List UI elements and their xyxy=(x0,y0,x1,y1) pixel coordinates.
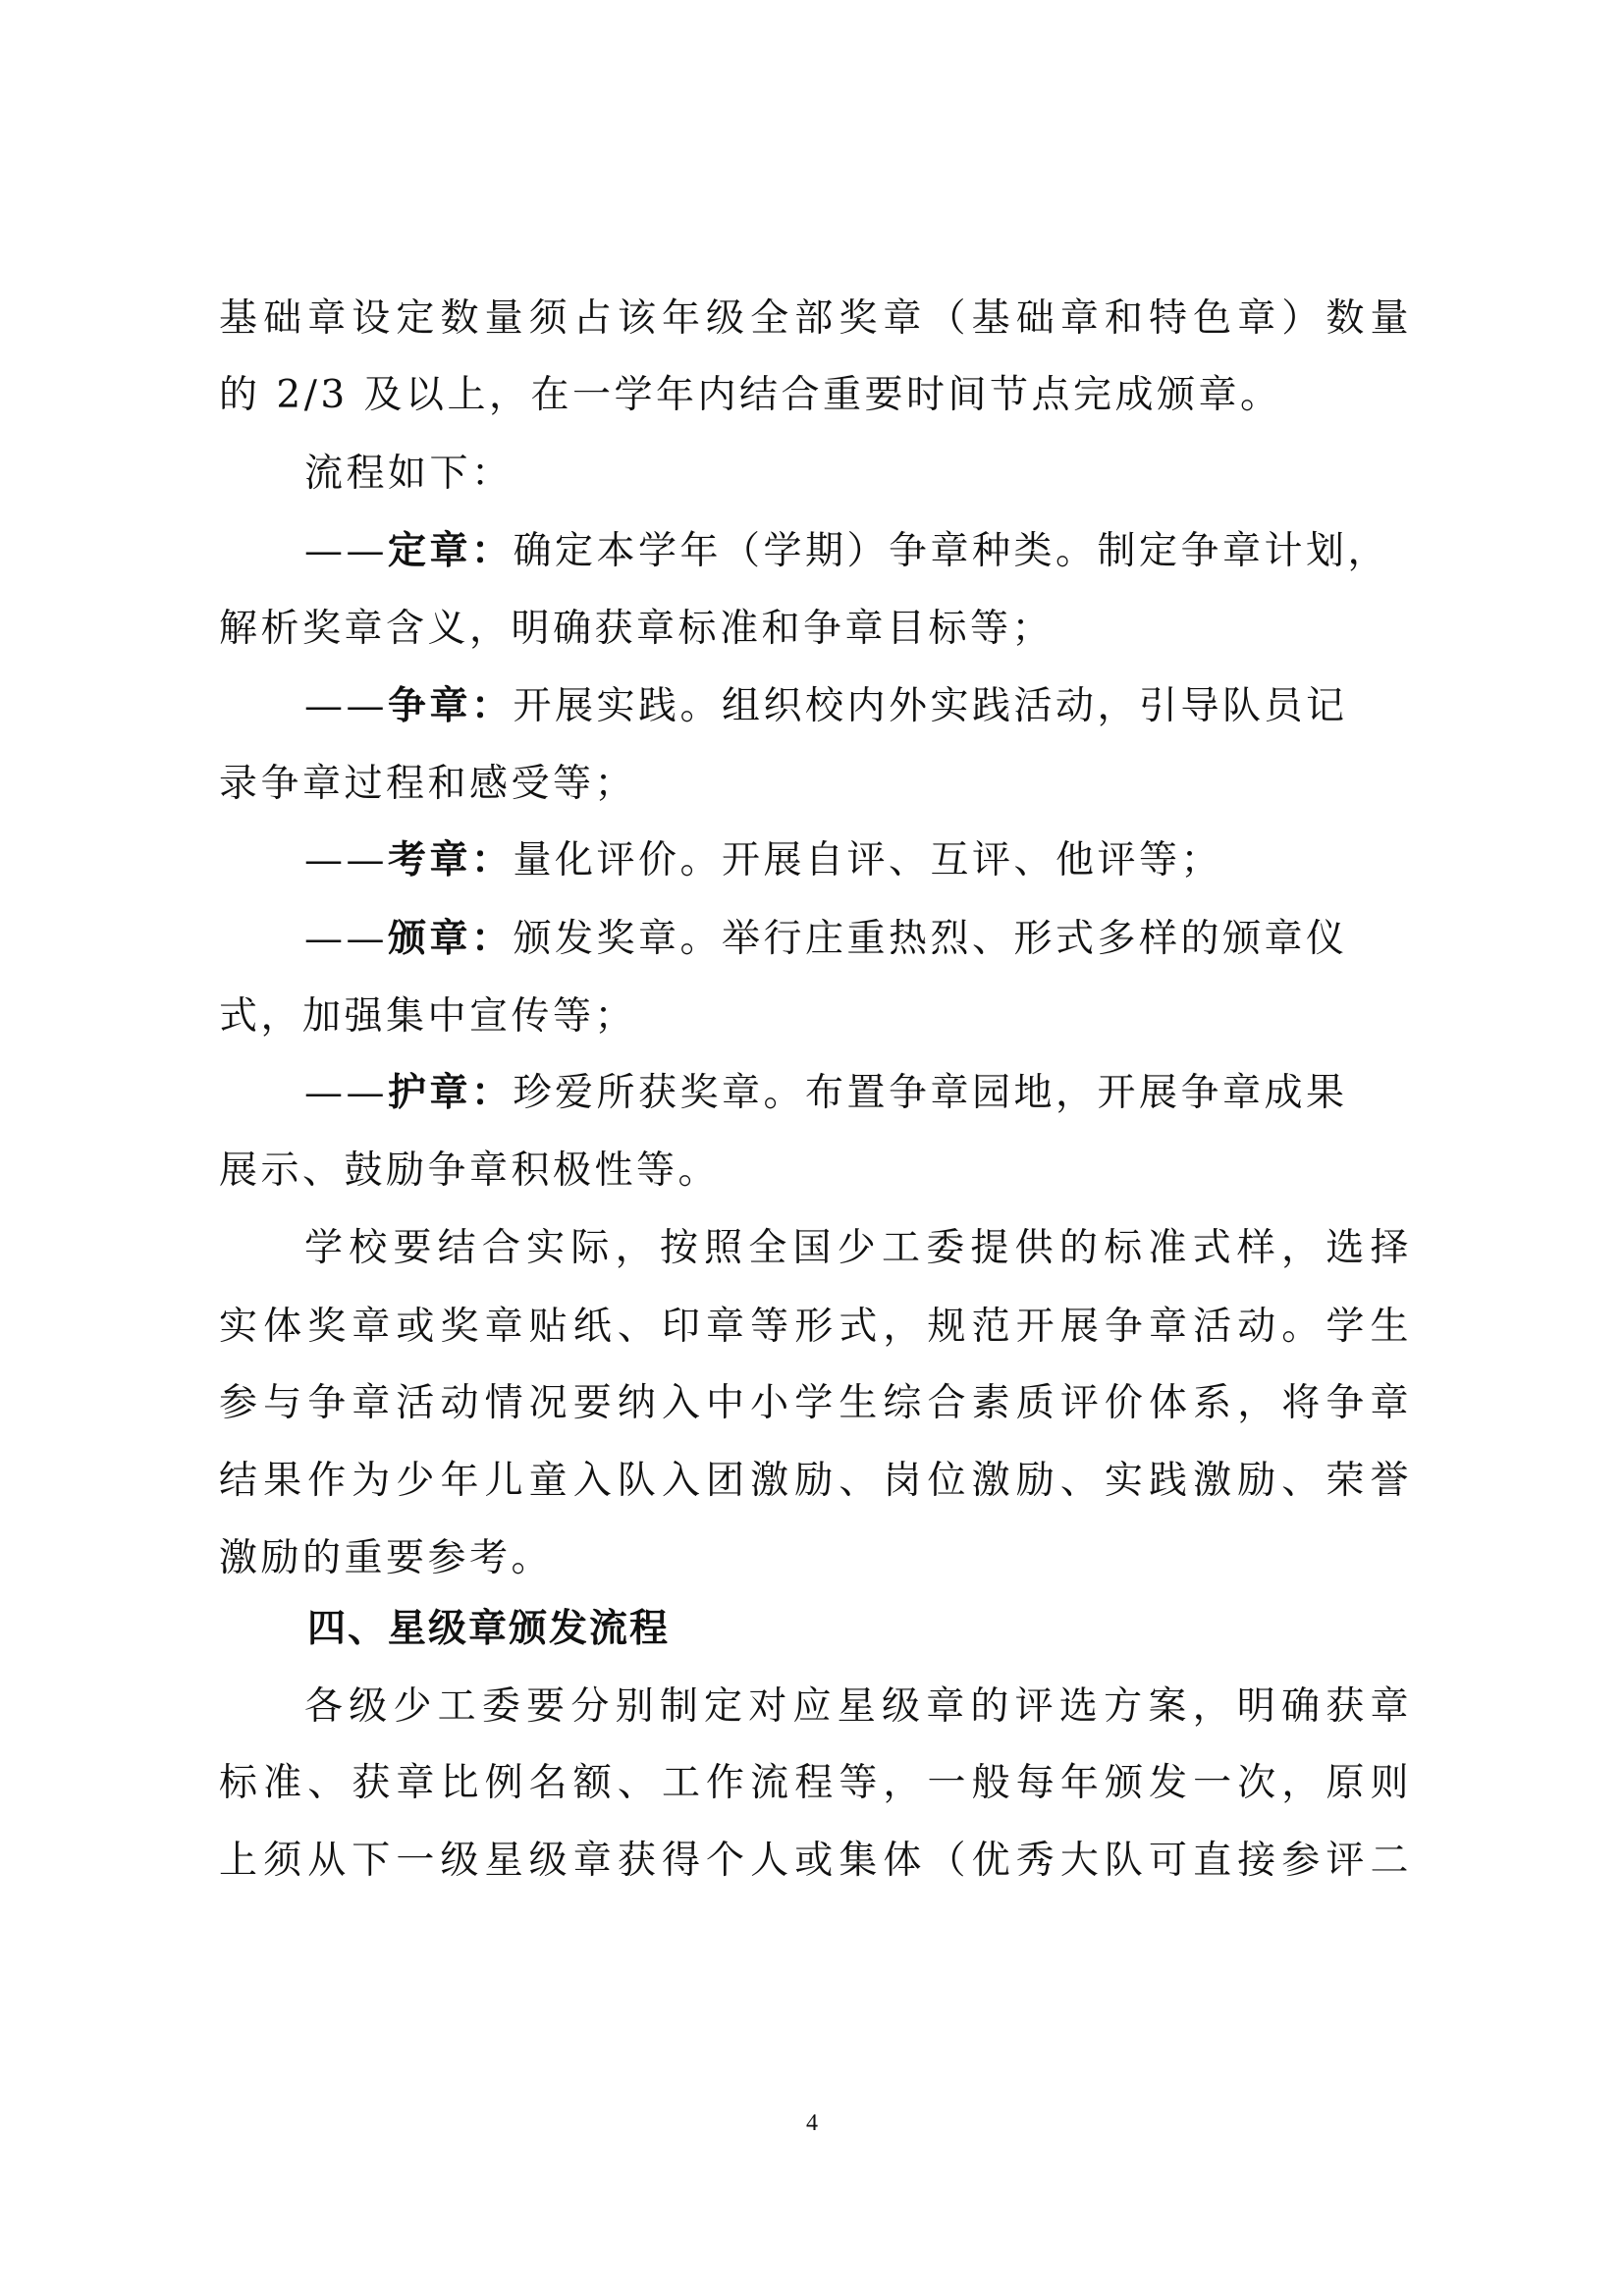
step-label: 考章： xyxy=(388,838,514,882)
paragraph-line: 展示、鼓励争章积极性等。 xyxy=(219,1142,1412,1201)
dash-prefix: —— xyxy=(304,1071,388,1115)
paragraph-line: 学校要结合实际，按照全国少工委提供的标准式样，选择 xyxy=(304,1219,1412,1278)
document-page: 基础章设定数量须占该年级全部奖章（基础章和特色章）数量 的 2/3 及以上，在一… xyxy=(0,0,1624,2296)
paragraph-line: 实体奖章或奖章贴纸、印章等形式，规范开展争章活动。学生 xyxy=(219,1298,1412,1357)
dash-prefix: —— xyxy=(304,838,388,882)
step-text: 量化评价。开展自评、互评、他评等； xyxy=(514,838,1223,882)
step-text: 珍爱所获奖章。布置争章园地，开展争章成果 xyxy=(514,1071,1348,1115)
flow-step-award: ——颁章：颁发奖章。举行庄重热烈、形式多样的颁章仪 xyxy=(304,910,1412,969)
step-label: 定章： xyxy=(388,529,514,573)
section-heading: 四、星级章颁发流程 xyxy=(307,1600,1500,1659)
paragraph-line: 参与争章活动情况要纳入中小学生综合素质评价体系，将争章 xyxy=(219,1374,1412,1433)
paragraph-line: 录争章过程和感受等； xyxy=(219,755,1412,814)
paragraph-line: 基础章设定数量须占该年级全部奖章（基础章和特色章）数量 xyxy=(219,290,1412,348)
step-label: 护章： xyxy=(388,1071,514,1115)
flow-step-assess: ——考章：量化评价。开展自评、互评、他评等； xyxy=(304,831,1412,890)
paragraph-line: 的 2/3 及以上，在一学年内结合重要时间节点完成颁章。 xyxy=(219,366,1412,425)
step-label: 颁章： xyxy=(388,917,514,961)
paragraph-line: 结果作为少年儿童入队入团激励、岗位激励、实践激励、荣誉 xyxy=(219,1452,1412,1511)
paragraph-line: 式，加强集中宣传等； xyxy=(219,988,1412,1046)
dash-prefix: —— xyxy=(304,684,388,728)
paragraph-line: 解析奖章含义，明确获章标准和争章目标等； xyxy=(219,600,1412,659)
paragraph-line: 上须从下一级星级章获得个人或集体（优秀大队可直接参评二 xyxy=(219,1832,1412,1891)
step-text: 开展实践。组织校内外实践活动，引导队员记 xyxy=(514,684,1348,728)
paragraph-line: 流程如下： xyxy=(304,445,1412,504)
flow-step-strive: ——争章：开展实践。组织校内外实践活动，引导队员记 xyxy=(304,677,1412,736)
step-text: 颁发奖章。举行庄重热烈、形式多样的颁章仪 xyxy=(514,917,1348,961)
flow-step-protect: ——护章：珍爱所获奖章。布置争章园地，开展争章成果 xyxy=(304,1064,1412,1123)
page-number: 4 xyxy=(0,2110,1624,2137)
step-label: 争章： xyxy=(388,684,514,728)
paragraph-line: 激励的重要参考。 xyxy=(219,1529,1412,1588)
paragraph-line: 各级少工委要分别制定对应星级章的评选方案，明确获章 xyxy=(304,1678,1412,1736)
dash-prefix: —— xyxy=(304,529,388,573)
flow-step-define: ——定章：确定本学年（学期）争章种类。制定争章计划， xyxy=(304,522,1412,581)
paragraph-line: 标准、获章比例名额、工作流程等，一般每年颁发一次，原则 xyxy=(219,1754,1412,1813)
dash-prefix: —— xyxy=(304,917,388,961)
step-text: 确定本学年（学期）争章种类。制定争章计划， xyxy=(514,529,1390,573)
